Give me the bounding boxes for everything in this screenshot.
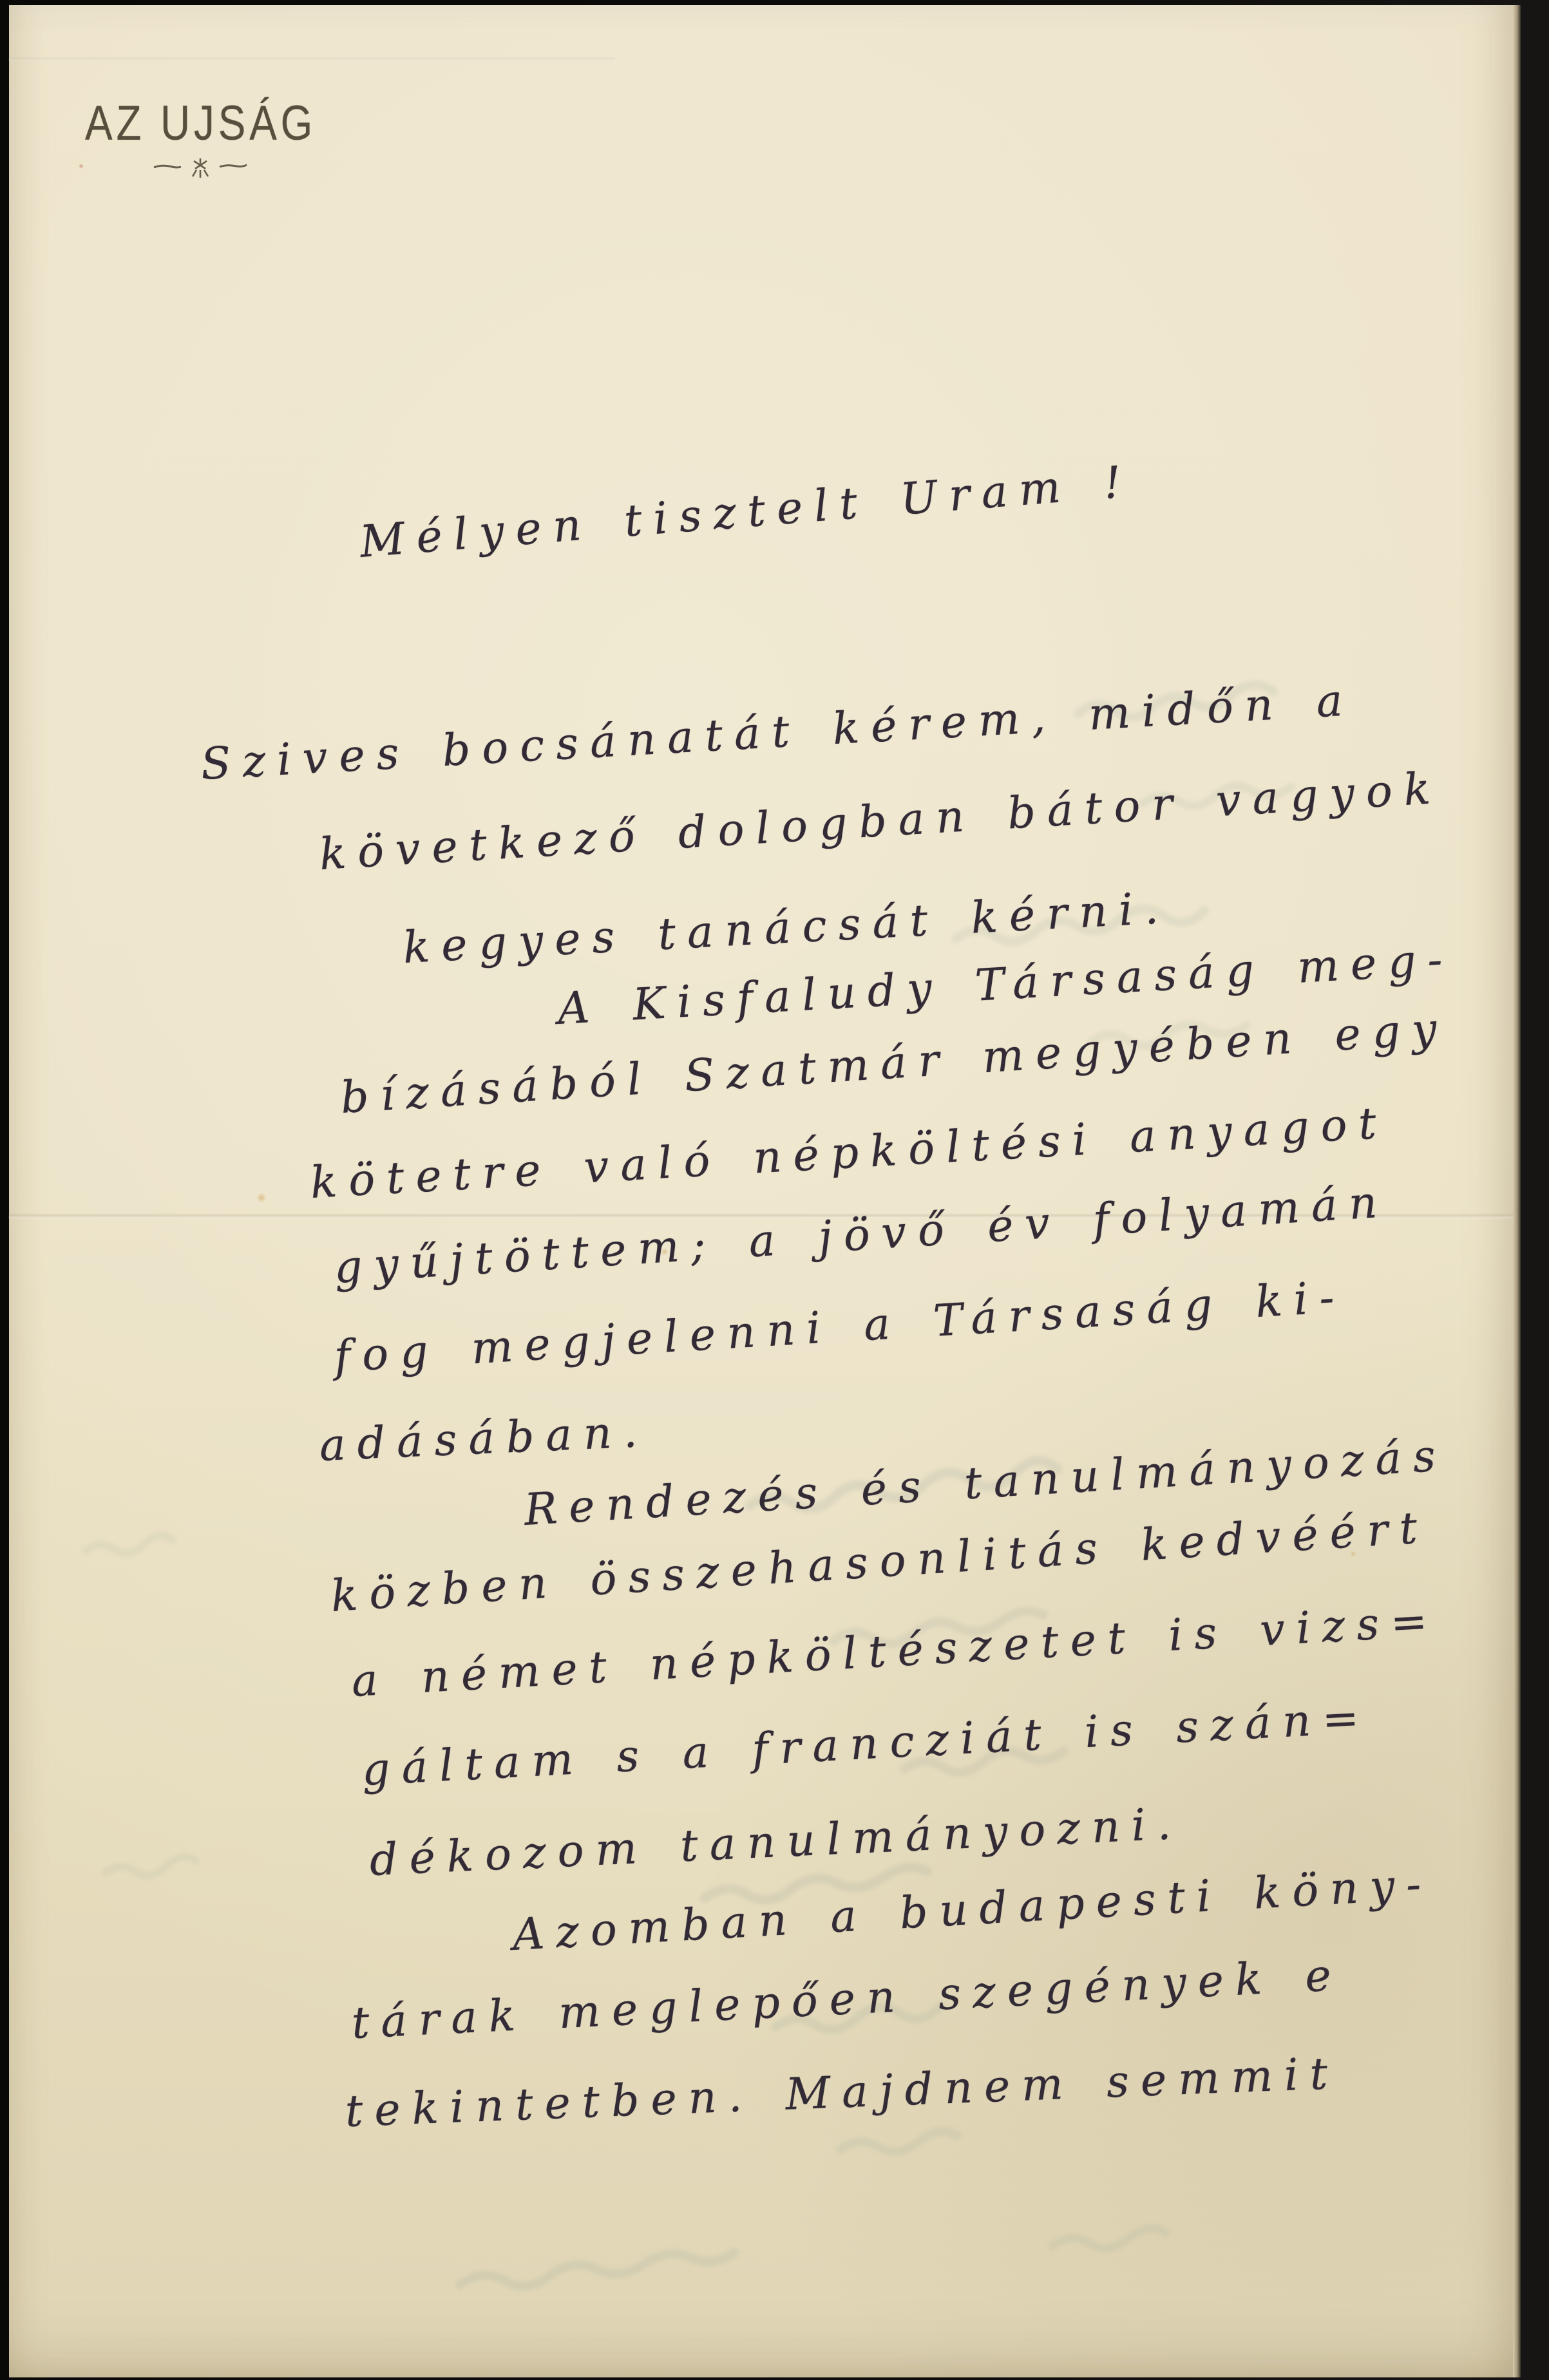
paper-edge [1513, 5, 1521, 2377]
scanner-background: AZ UJSÁG [0, 0, 1549, 2380]
paper-sheet: AZ UJSÁG [9, 5, 1514, 2377]
foxing-spot [256, 1193, 267, 1203]
foxing-spot [79, 164, 84, 169]
fold-crease-top [9, 58, 614, 61]
